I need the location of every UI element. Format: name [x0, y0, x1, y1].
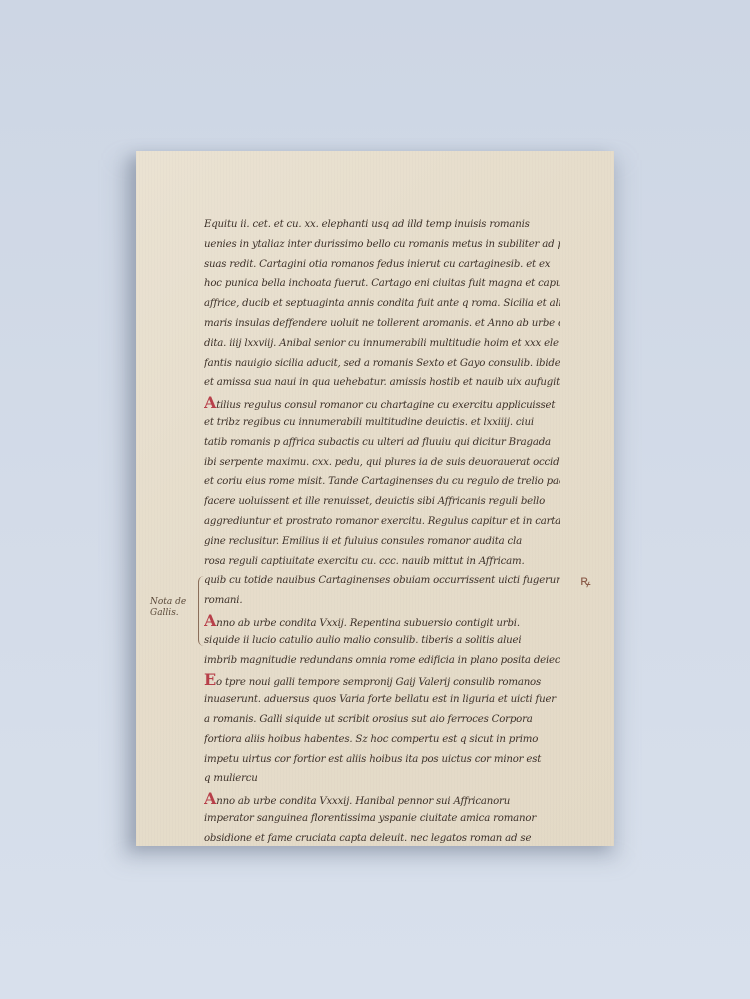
rubric-initial: A	[204, 611, 216, 630]
manuscript-line: quib cu totide nauibus Cartaginenses obu…	[204, 571, 560, 591]
manuscript-line: siquide ii lucio catulio aulio malio con…	[204, 631, 560, 651]
manuscript-line: maris insulas deffendere uoluit ne tolle…	[204, 314, 560, 334]
manuscript-line: Equitu ii. cet. et cu. xx. elephanti usq…	[204, 215, 560, 235]
manuscript-line: Anno ab urbe condita Vxxij. Repentina su…	[204, 611, 560, 631]
manuscript-line: q muliercu	[204, 769, 560, 789]
manuscript-text-block: Equitu ii. cet. et cu. xx. elephanti usq…	[204, 215, 560, 846]
manuscript-line: affrice, ducib et septuaginta annis cond…	[204, 294, 560, 314]
manuscript-line: inuaserunt. aduersus quos Varia forte be…	[204, 690, 560, 710]
manuscript-line: impetu uirtus cor fortior est aliis hoib…	[204, 750, 560, 770]
rubric-initial: A	[204, 789, 216, 808]
manuscript-line: a romanis. Galli siquide ut scribit oros…	[204, 710, 560, 730]
manuscript-line: imbrib magnitudie redundans omnia rome e…	[204, 651, 560, 671]
manuscript-line: Eo tpre noui galli tempore sempronij Gai…	[204, 670, 560, 690]
manuscript-line: romani.	[204, 591, 560, 611]
manuscript-line: suas redit. Cartagini otia romanos fedus…	[204, 255, 560, 275]
manuscript-line: tatib romanis p affrica subactis cu ulte…	[204, 433, 560, 453]
manuscript-line: Atilius regulus consul romanor cu charta…	[204, 393, 560, 413]
manuscript-line: et tribz regibus cu innumerabili multitu…	[204, 413, 560, 433]
manuscript-line: fortiora aliis hoibus habentes. Sz hoc c…	[204, 730, 560, 750]
margin-note: Nota de Gallis.	[150, 597, 186, 619]
manuscript-line: facere uoluissent et ille renuisset, deu…	[204, 492, 560, 512]
manuscript-line: uenies in ytaliaz inter durissimo bello …	[204, 235, 560, 255]
rubric-initial: E	[204, 670, 216, 689]
manuscript-line: Anno ab urbe condita Vxxxij. Hanibal pen…	[204, 789, 560, 809]
manuscript-line: dita. iiij lxxviij. Anibal senior cu inn…	[204, 334, 560, 354]
margin-bracket	[198, 576, 205, 646]
manuscript-line: gine reclusitur. Emilius ii et fuluius c…	[204, 532, 560, 552]
manuscript-line: aggrediuntur et prostrato romanor exerci…	[204, 512, 560, 532]
manuscript-line: hoc punica bella inchoata fuerut. Cartag…	[204, 274, 560, 294]
manuscript-line: et amissa sua naui in qua uehebatur. ami…	[204, 373, 560, 393]
margin-mark-right: ꝶ	[580, 571, 591, 590]
manuscript-canvas-print: Equitu ii. cet. et cu. xx. elephanti usq…	[136, 151, 614, 846]
rubric-initial: A	[204, 393, 216, 412]
manuscript-line: obsidione et fame cruciata capta deleuit…	[204, 829, 560, 846]
manuscript-line: ibi serpente maximu. cxx. pedu, qui plur…	[204, 453, 560, 473]
manuscript-line: et coriu eius rome misit. Tande Cartagin…	[204, 472, 560, 492]
manuscript-line: rosa reguli captiuitate exercitu cu. ccc…	[204, 552, 560, 572]
margin-note-line: Gallis.	[150, 608, 186, 619]
manuscript-line: fantis nauigio sicilia aducit, sed a rom…	[204, 354, 560, 374]
margin-note-line: Nota de	[150, 597, 186, 608]
manuscript-line: imperator sanguinea florentissima yspani…	[204, 809, 560, 829]
